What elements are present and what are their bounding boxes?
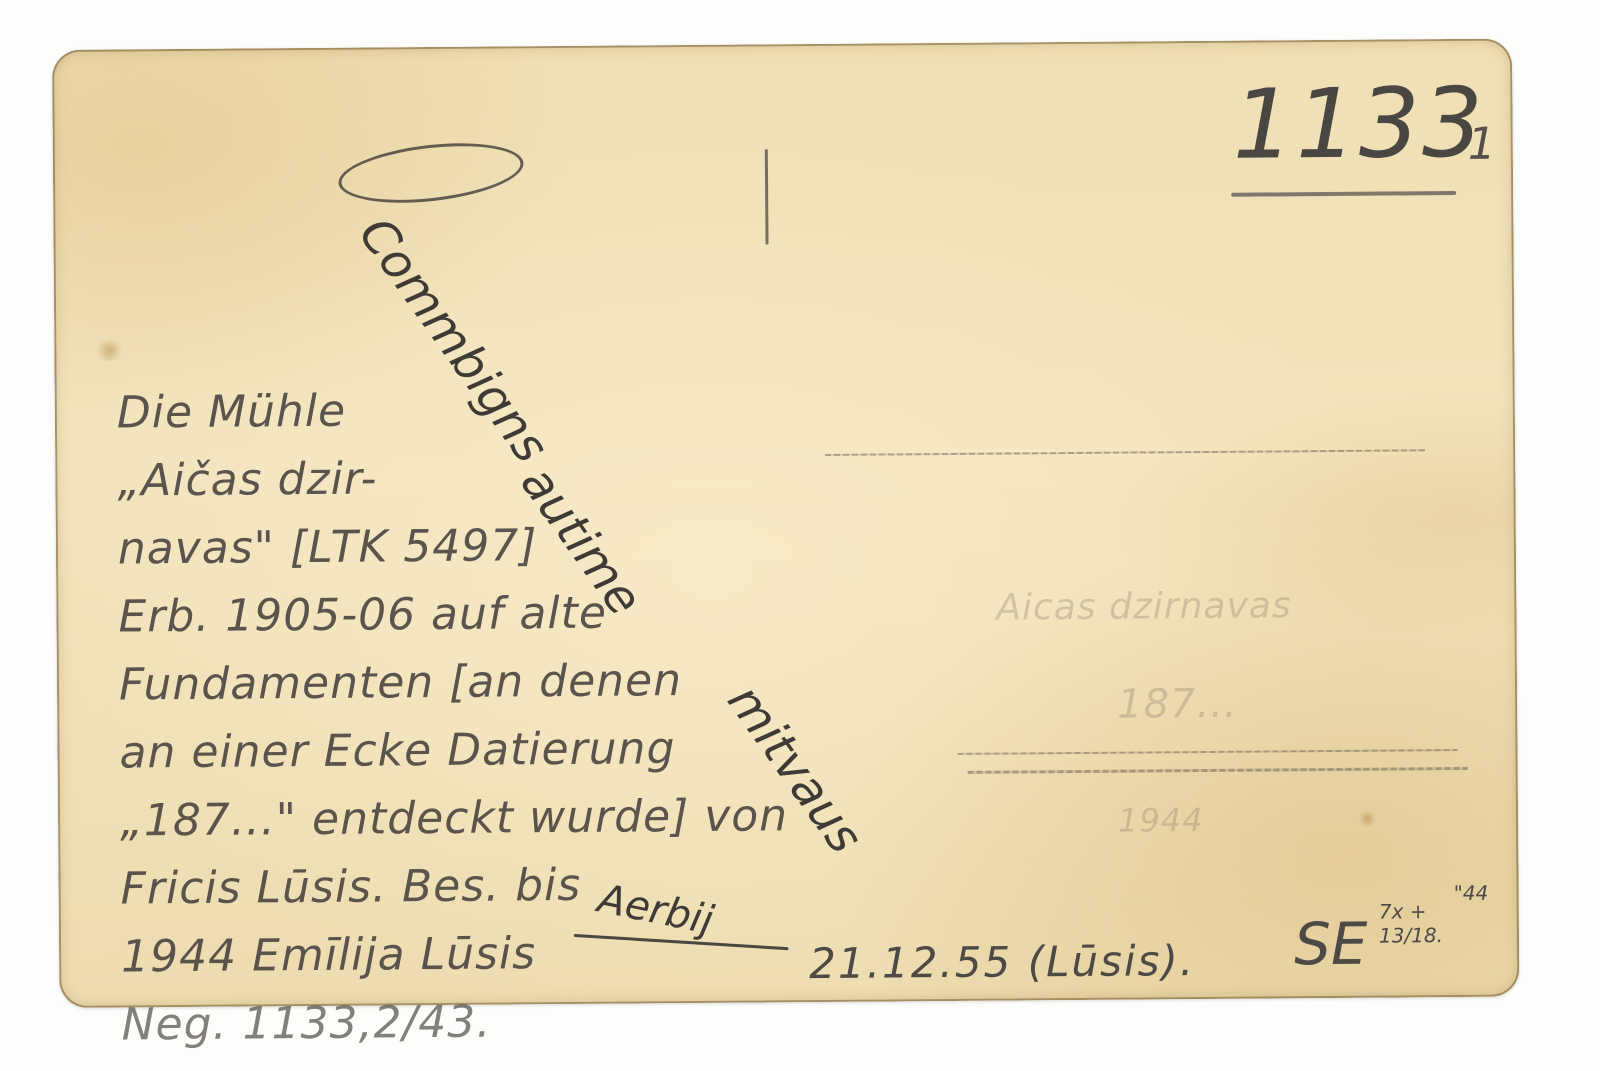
archive-number: 1133: [1232, 67, 1485, 181]
faint-text: 187...: [1117, 681, 1238, 728]
address-line: [825, 449, 1425, 456]
note-line: Erb. 1905-06 auf alte: [118, 578, 787, 651]
address-line: [958, 749, 1458, 755]
archive-number-suffix: 1: [1468, 119, 1496, 170]
corner-mark-superscript: 7x + 13/18.: [1379, 899, 1443, 948]
note-line: navas" [LTK 5497]: [118, 510, 787, 583]
postcard-back: 1133 1 Aicas dzirnavas 187... 1944 Commb…: [52, 39, 1519, 1008]
diagonal-inscription-flourish: [335, 135, 526, 212]
note-line: Neg. 1133,2/43.: [121, 986, 790, 1059]
address-line: [968, 767, 1468, 774]
description-note: Die Mühle „Aičas dzir- navas" [LTK 5497]…: [117, 374, 790, 1059]
note-line: Die Mühle: [117, 374, 786, 447]
faint-text: 1944: [1118, 801, 1204, 840]
corner-mark: SE: [1294, 910, 1368, 979]
postcard-divider-line: [765, 149, 769, 244]
stain-mark: [1358, 810, 1376, 828]
corner-mark-top: "44: [1454, 881, 1489, 905]
note-line: „Aičas dzir-: [117, 442, 786, 515]
archive-number-underline: [1231, 191, 1456, 197]
signature-date: 21.12.55 (Lūsis).: [809, 936, 1195, 988]
note-line: an einer Ecke Datierung: [119, 714, 788, 787]
note-line: „187..." entdeckt wurde] von: [120, 782, 789, 855]
note-line: Fundamenten [an denen: [119, 646, 788, 719]
faint-text: Aicas dzirnavas: [996, 585, 1292, 628]
stain-mark: [94, 339, 124, 361]
